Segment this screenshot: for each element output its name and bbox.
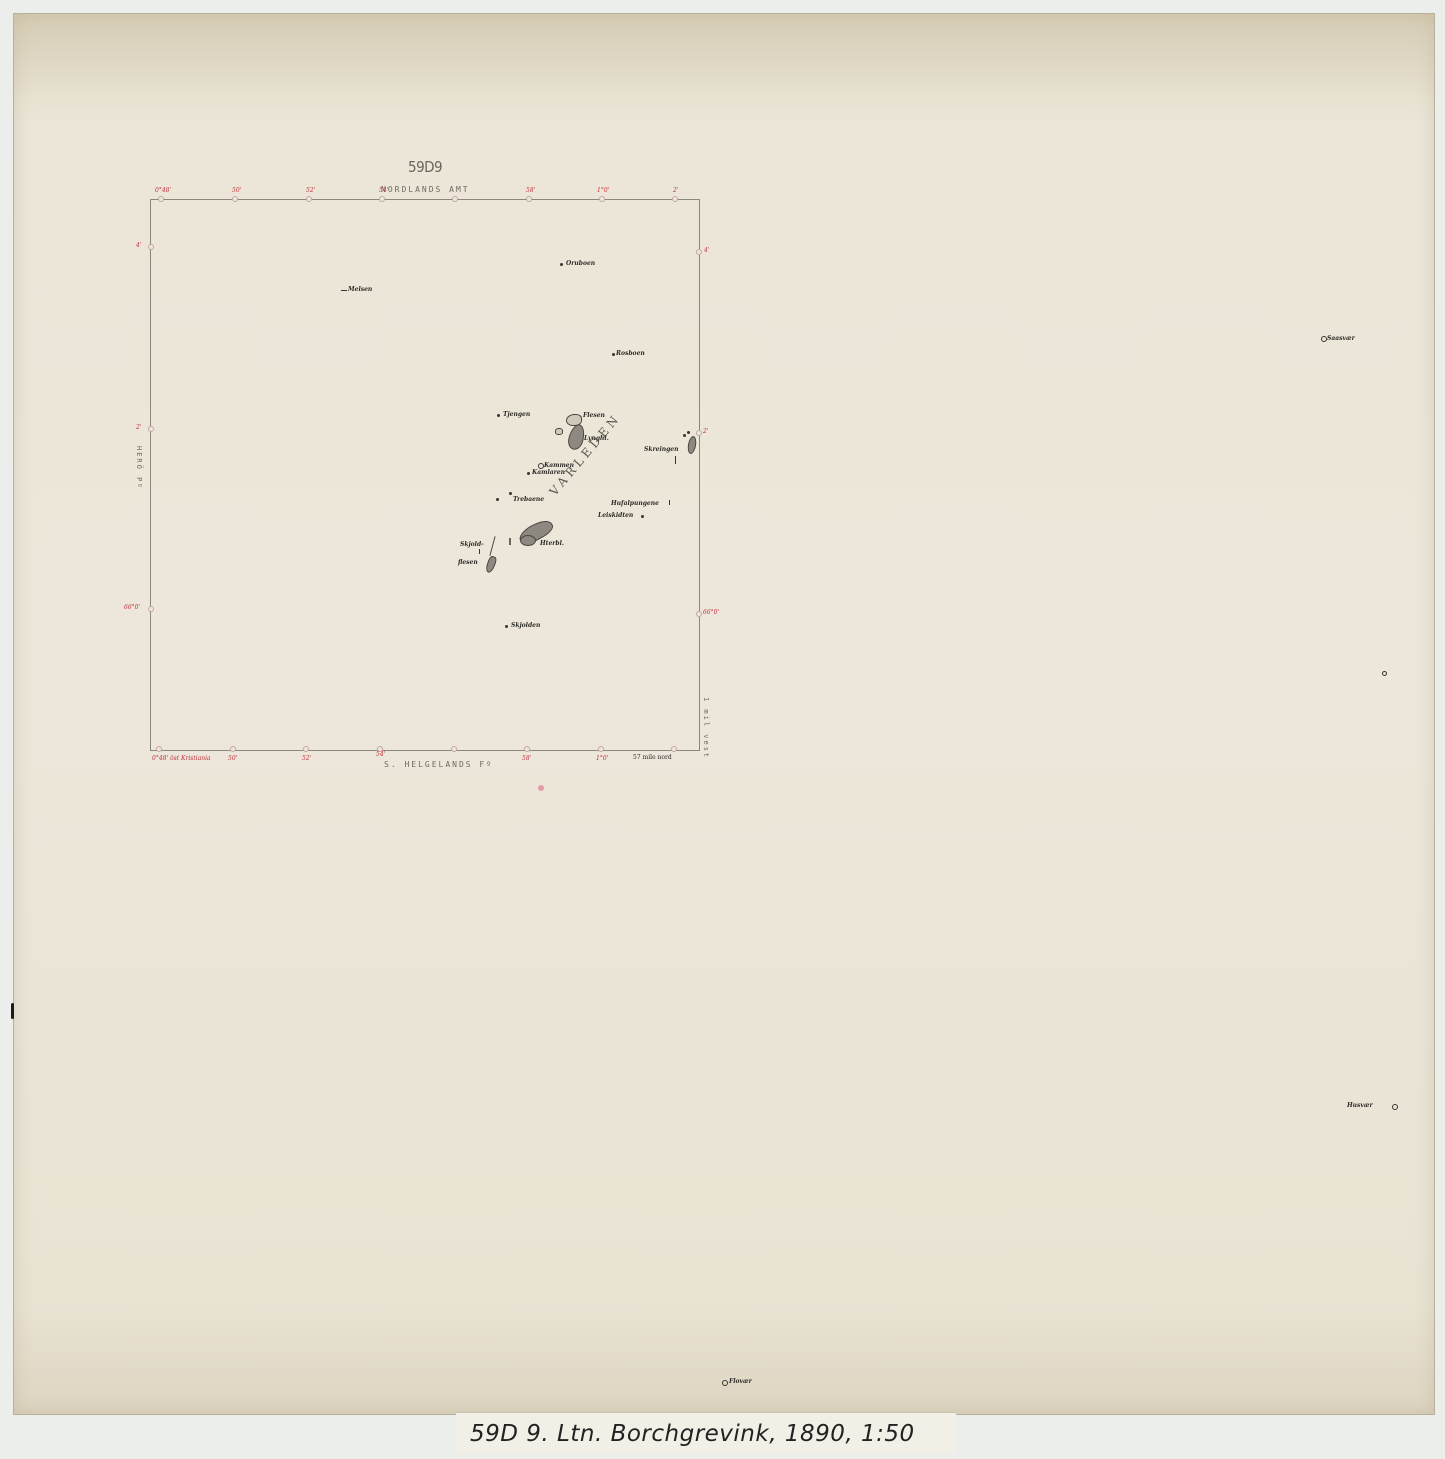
- islet-marker: [669, 500, 670, 505]
- ink-spot: [538, 785, 544, 791]
- bottom-degree-label: 50': [228, 755, 237, 762]
- top-degree-label: 0°48': [155, 187, 171, 194]
- islet-marker: [1382, 671, 1387, 676]
- south-note: 57 mile nord: [633, 754, 672, 761]
- islet-marker: [497, 414, 500, 417]
- islet-marker: [496, 498, 499, 501]
- islet-marker: [505, 625, 508, 628]
- bottom-degree-label: 0°48' öst Kristiania: [152, 755, 211, 762]
- left-degree-label: 66°0': [124, 604, 140, 611]
- tick-mark: [379, 196, 385, 202]
- top-degree-label: 58': [526, 187, 535, 194]
- top-degree-label: 50': [232, 187, 241, 194]
- islet-marker: [527, 472, 530, 475]
- place-label: Saasvær: [1327, 335, 1355, 342]
- left-degree-label: 4': [136, 242, 141, 249]
- place-label: flesen: [458, 559, 478, 566]
- islet-marker: [722, 1380, 728, 1386]
- east-label: 1 mil vest: [702, 697, 710, 759]
- tick-mark: [696, 611, 702, 617]
- bottom-degree-label: 1°0': [596, 755, 608, 762]
- place-label: Tjengen: [503, 411, 530, 418]
- place-label: Rosboen: [616, 350, 645, 357]
- tick-mark: [524, 746, 530, 752]
- tick-mark: [232, 196, 238, 202]
- islet-marker: [683, 434, 686, 437]
- place-label: Melsen: [348, 286, 372, 293]
- place-label: Skreingen: [644, 446, 679, 453]
- place-label: Oruboen: [566, 260, 595, 267]
- tick-mark: [696, 430, 702, 436]
- tick-mark: [230, 746, 236, 752]
- tick-mark: [671, 746, 677, 752]
- top-degree-label: 52': [306, 187, 315, 194]
- island: [520, 535, 536, 546]
- islet-marker: [687, 431, 690, 434]
- place-label: Husvær: [1347, 1102, 1373, 1109]
- sheet-id: 59D9: [408, 158, 442, 176]
- islet-marker: [479, 549, 480, 554]
- place-label: Skjold-: [460, 541, 484, 548]
- place-label: Flovær: [729, 1378, 752, 1385]
- right-degree-label: 4': [704, 247, 709, 254]
- islet-marker: [612, 353, 615, 356]
- place-label: Hterbl.: [540, 540, 564, 547]
- place-label: Flesen: [583, 412, 605, 419]
- bottom-degree-label: 52': [302, 755, 311, 762]
- catalog-caption: 59D 9. Ltn. Borchgrevink, 1890, 1:50 000: [456, 1412, 956, 1454]
- place-label: Leiskidten: [598, 512, 633, 519]
- tick-mark: [306, 196, 312, 202]
- tick-mark: [452, 196, 458, 202]
- map-frame: [150, 199, 700, 751]
- islet-marker: [1392, 1104, 1398, 1110]
- west-label: HERÖ Pº: [135, 446, 143, 490]
- north-label: NORDLANDS AMT: [381, 185, 470, 194]
- tick-mark: [148, 426, 154, 432]
- top-degree-label: 1°0': [597, 187, 609, 194]
- bottom-degree-label: 58': [522, 755, 531, 762]
- tick-mark: [598, 746, 604, 752]
- left-degree-label: 2': [136, 424, 141, 431]
- tick-mark: [148, 244, 154, 250]
- bottom-degree-label: 54': [376, 751, 385, 758]
- islet-marker: [641, 515, 644, 518]
- tick-mark: [696, 249, 702, 255]
- top-degree-label: 2': [673, 187, 678, 194]
- place-label: Hufalpungene: [611, 500, 659, 507]
- right-degree-label: 66°0': [703, 609, 719, 616]
- tick-mark: [526, 196, 532, 202]
- tick-mark: [599, 196, 605, 202]
- islet-marker: [675, 456, 676, 464]
- islet-marker: [509, 492, 512, 495]
- place-label: Skjolden: [511, 622, 540, 629]
- top-degree-label: 54': [379, 187, 388, 194]
- south-label: S. HELGELANDS Fº: [384, 760, 493, 769]
- tick-mark: [672, 196, 678, 202]
- tick-mark: [303, 746, 309, 752]
- tick-mark: [148, 606, 154, 612]
- right-degree-label: 2': [703, 428, 708, 435]
- islet-marker: [341, 290, 347, 291]
- tick-mark: [156, 746, 162, 752]
- tick-mark: [451, 746, 457, 752]
- island: [555, 428, 563, 435]
- islet-marker: [560, 263, 563, 266]
- islet-marker: [509, 538, 511, 545]
- edge-mark: [11, 1003, 14, 1019]
- place-label: Trebaene: [513, 496, 544, 503]
- tick-mark: [158, 196, 164, 202]
